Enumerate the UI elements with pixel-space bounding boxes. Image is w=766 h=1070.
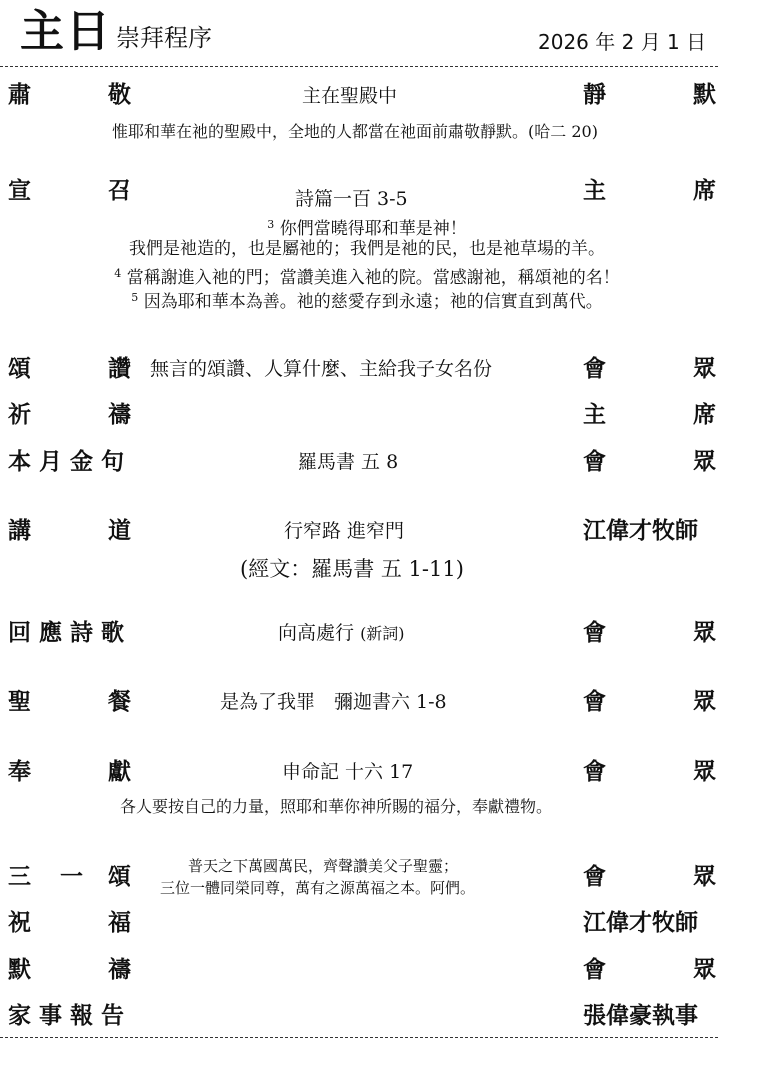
item-who-b: 眾 — [693, 955, 716, 985]
item-content: 羅馬書 五 8 — [298, 449, 398, 475]
item-who: 江偉才牧師 — [583, 908, 698, 938]
item-label-a: 三 — [8, 862, 31, 892]
verse-line: 3 你們當曉得耶和華是神！ — [8, 213, 726, 241]
item-content: 是為了我罪 彌迦書六 1-8 — [220, 689, 447, 715]
item-who-b: 眾 — [693, 447, 716, 477]
top-divider — [0, 66, 718, 67]
item-content: 詩篇一百 3-5 — [295, 186, 408, 212]
item-content: 申命記 十六 17 — [282, 759, 413, 785]
bottom-divider — [0, 1037, 718, 1038]
item-who-a: 會 — [583, 757, 606, 787]
item-note: 各人要按自己的力量，照耶和華你神所賜的福分，奉獻禮物。 — [120, 796, 552, 818]
item-label-a: 默 — [8, 955, 31, 985]
item-who-a: 主 — [583, 176, 606, 206]
item-label-b: 福 — [108, 908, 131, 938]
item-who-a: 會 — [583, 354, 606, 384]
doxology-line: 三位一體同榮同尊，萬有之源萬福之本。阿們。 — [160, 877, 475, 899]
item-label-b: 召 — [108, 176, 131, 206]
verse-number: 5 — [131, 291, 138, 304]
verse-text: 因為耶和華本為善。祂的慈愛存到永遠；祂的信實直到萬代。 — [144, 292, 603, 312]
page-subtitle: 崇拜程序 — [116, 22, 212, 54]
item-who: 江偉才牧師 — [583, 516, 698, 546]
item-who-b: 眾 — [693, 757, 716, 787]
hymn-note: (新詞) — [360, 624, 405, 643]
item-who-b: 眾 — [693, 618, 716, 648]
item-who-a: 會 — [583, 618, 606, 648]
item-who-a: 會 — [583, 955, 606, 985]
verse-line: 我們是祂造的，也是屬祂的；我們是祂的民，也是祂草場的羊。 — [8, 238, 726, 261]
item-label-b: 禱 — [108, 955, 131, 985]
verse-text: 當稱謝進入祂的門；當讚美進入祂的院。當感謝祂，稱頌祂的名！ — [127, 268, 620, 288]
item-label-b: 獻 — [108, 757, 131, 787]
item-who-b: 眾 — [693, 354, 716, 384]
item-label-b: 讚 — [108, 354, 131, 384]
item-label-a: 肅 — [8, 80, 31, 110]
item-who-a: 會 — [583, 447, 606, 477]
item-label-a: 聖 — [8, 687, 31, 717]
item-label-a: 奉 — [8, 757, 31, 787]
item-who-b: 眾 — [693, 862, 716, 892]
item-content: 主在聖殿中 — [302, 83, 397, 109]
item-who-a: 會 — [583, 862, 606, 892]
item-content: 向高處行 (新詞) — [278, 620, 405, 647]
item-note: 惟耶和華在祂的聖殿中，全地的人都當在祂面前肅敬靜默。(哈二 20) — [0, 121, 714, 143]
item-who-b: 眾 — [693, 687, 716, 717]
item-label: 本月金句 — [8, 447, 132, 477]
item-label: 回應詩歌 — [8, 618, 132, 648]
sermon-title: 行窄路 進窄門 — [284, 518, 404, 544]
item-label-b: 餐 — [108, 687, 131, 717]
item-who-b: 默 — [693, 80, 716, 110]
verse-text: 我們是祂造的，也是屬祂的；我們是祂的民，也是祂草場的羊。 — [129, 239, 605, 259]
item-label-a: 頌 — [8, 354, 31, 384]
item-who-a: 靜 — [583, 80, 606, 110]
item-label-a: 講 — [8, 516, 31, 546]
verse-number: 3 — [267, 218, 274, 231]
verse-line: 5 因為耶和華本為善。祂的慈愛存到永遠；祂的信實直到萬代。 — [8, 286, 726, 314]
item-who-b: 席 — [693, 400, 716, 430]
hymn-title: 向高處行 — [278, 622, 354, 644]
item-label-b: 頌 — [108, 862, 131, 892]
sermon-scripture: (經文：羅馬書 五 1-11) — [240, 556, 464, 582]
item-who-a: 主 — [583, 400, 606, 430]
item-label-b: 道 — [108, 516, 131, 546]
item-who-a: 會 — [583, 687, 606, 717]
item-who-b: 席 — [693, 176, 716, 206]
item-label-b: 禱 — [108, 400, 131, 430]
item-label-a: 祈 — [8, 400, 31, 430]
item-content: 無言的頌讚、人算什麼、主給我子女名份 — [150, 356, 492, 382]
verse-number: 4 — [114, 267, 121, 280]
item-who: 張偉豪執事 — [583, 1001, 698, 1031]
item-label-b: 敬 — [108, 80, 131, 110]
page-title: 主日 — [20, 6, 112, 58]
doxology-line: 普天之下萬國萬民，齊聲讚美父子聖靈； — [188, 855, 458, 877]
item-label-a: 宣 — [8, 176, 31, 206]
verse-text: 你們當曉得耶和華是神！ — [280, 219, 467, 239]
item-label-a: 祝 — [8, 908, 31, 938]
item-label: 家事報告 — [8, 1001, 132, 1031]
item-label-mid: 一 — [60, 862, 83, 892]
service-date: 2026 年 2 月 1 日 — [538, 29, 706, 55]
